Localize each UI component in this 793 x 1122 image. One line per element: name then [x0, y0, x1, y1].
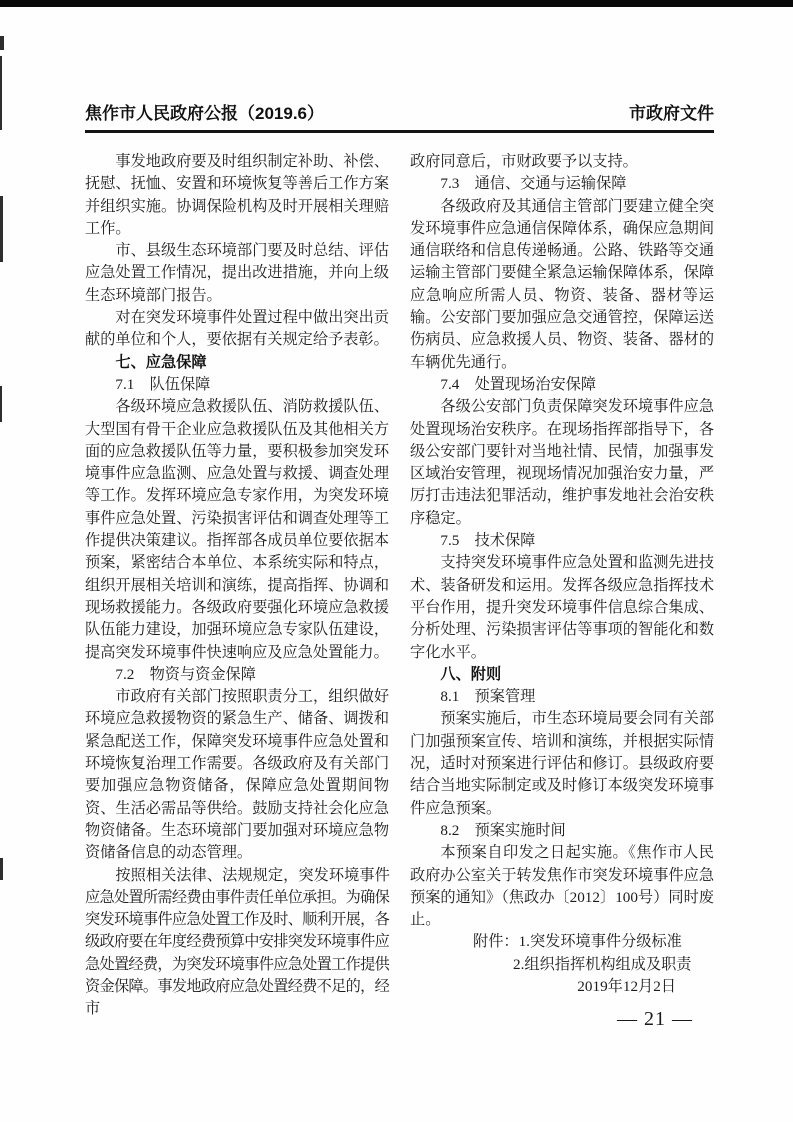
subsection-heading: 7.1 队伍保障: [85, 374, 389, 396]
paragraph: 对在突发环境事件处置过程中做出突出贡献的单位和个人，要依据有关规定给予表彰。: [85, 307, 389, 352]
right-column: 政府同意后，市财政要予以支持。 7.3 通信、交通与运输保障 各级政府及其通信主…: [410, 151, 714, 1021]
subsection-heading: 8.1 预案管理: [410, 686, 714, 708]
paragraph: 市、县级生态环境部门要及时总结、评估应急处置工作情况，提出改进措施，并向上级生态…: [85, 240, 389, 307]
scan-edge-strip: [0, 0, 793, 7]
subsection-heading: 7.2 物资与资金保障: [85, 664, 389, 686]
paragraph: 各级公安部门负责保障突发环境事件应急处置现场治安秩序。在现场指挥部指导下，各级公…: [410, 396, 714, 530]
subsection-heading: 7.3 通信、交通与运输保障: [410, 173, 714, 195]
text-columns: 事发地政府要及时组织制定补助、补偿、抚慰、抚恤、安置和环境恢复等善后工作方案并组…: [85, 151, 714, 1021]
document-category: 市政府文件: [629, 104, 714, 124]
attachment-line: 附件：1.突发环境事件分级标准: [410, 931, 714, 953]
paragraph: 各级政府及其通信主管部门要建立健全突发环境事件应急通信保障体系，确保应急期间通信…: [410, 196, 714, 374]
paragraph: 各级环境应急救援队伍、消防救援队伍、大型国有骨干企业应急救援队伍及其他相关方面的…: [85, 396, 389, 664]
page-number: — 21 —: [617, 1008, 693, 1031]
subsection-heading: 8.2 预案实施时间: [410, 820, 714, 842]
journal-title: 焦作市人民政府公报（2019.6）: [85, 104, 324, 124]
issue-date: 2019年12月2日: [410, 976, 714, 998]
paragraph-continuation: 政府同意后，市财政要予以支持。: [410, 151, 714, 173]
scan-artifact: [0, 386, 2, 422]
section-heading: 八、附则: [410, 664, 714, 686]
paragraph: 市政府有关部门按照职责分工，组织做好环境应急救援物资的紧急生产、储备、调拨和紧急…: [85, 686, 389, 864]
scan-artifact: [0, 858, 3, 880]
left-column: 事发地政府要及时组织制定补助、补偿、抚慰、抚恤、安置和环境恢复等善后工作方案并组…: [85, 151, 389, 1021]
paragraph: 本预案自印发之日起实施。《焦作市人民政府办公室关于转发焦作市突发环境事件应急预案…: [410, 842, 714, 931]
subsection-heading: 7.4 处置现场治安保障: [410, 374, 714, 396]
paragraph: 事发地政府要及时组织制定补助、补偿、抚慰、抚恤、安置和环境恢复等善后工作方案并组…: [85, 151, 389, 240]
paragraph: 支持突发环境事件应急处置和监测先进技术、装备研发和运用。发挥各级应急指挥技术平台…: [410, 552, 714, 663]
paragraph: 预案实施后，市生态环境局要会同有关部门加强预案宣传、培训和演练，并根据实际情况，…: [410, 708, 714, 819]
section-heading: 七、应急保障: [85, 352, 389, 374]
attachment-line: 2.组织指挥机构组成及职责: [410, 954, 714, 976]
subsection-heading: 7.5 技术保障: [410, 530, 714, 552]
scan-artifact: [0, 196, 3, 262]
page-header: 焦作市人民政府公报（2019.6） 市政府文件: [85, 104, 714, 133]
scan-artifact: [0, 36, 4, 50]
gazette-page: 焦作市人民政府公报（2019.6） 市政府文件 事发地政府要及时组织制定补助、补…: [0, 0, 793, 1122]
paragraph: 按照相关法律、法规规定，突发环境事件应急处置所需经费由事件责任单位承担。为确保突…: [85, 865, 389, 1021]
scan-artifact: [0, 56, 2, 130]
